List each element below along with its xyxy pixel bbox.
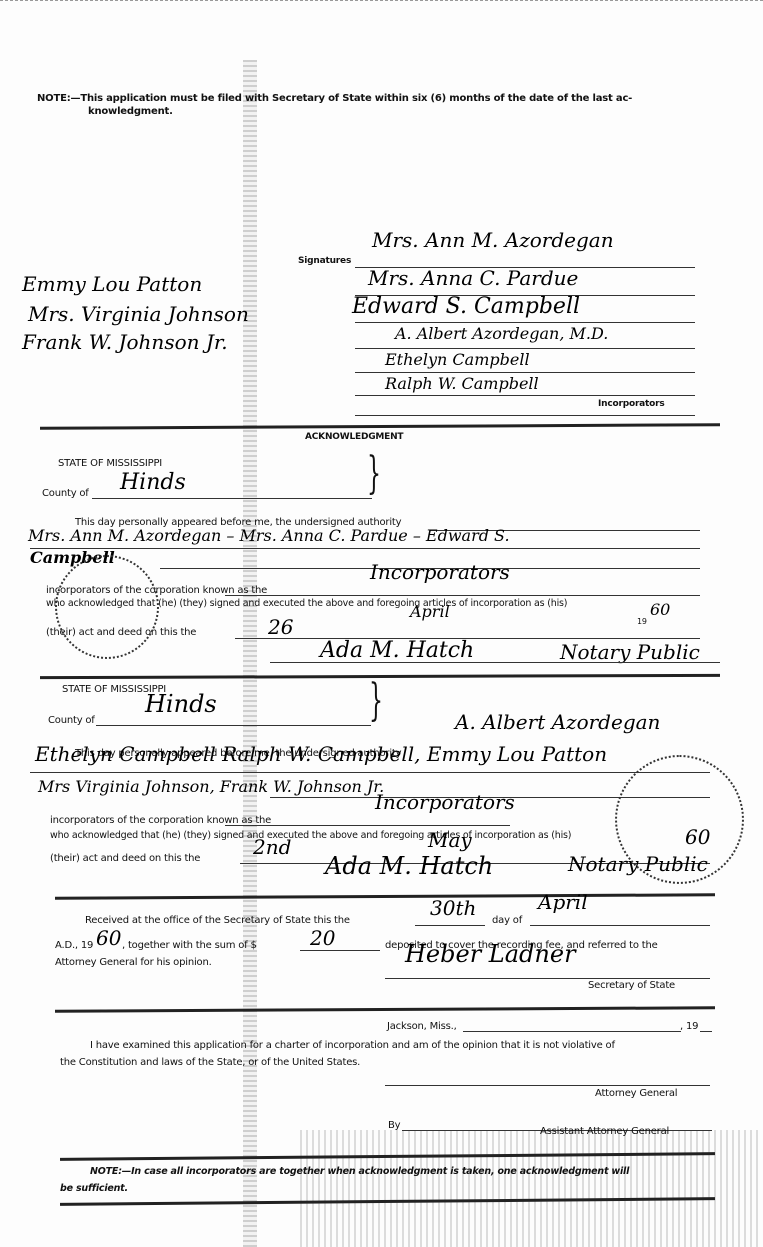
received-year-value: 60: [96, 926, 121, 950]
signature-left-2: Mrs. Virginia Johnson: [28, 302, 249, 326]
ack2-extra-name: A. Albert Azordegan: [455, 710, 660, 734]
signature-3: Edward S. Campbell: [352, 294, 580, 319]
signature-6: Ralph W. Campbell: [385, 374, 539, 393]
header-note-line1: NOTE:—This application must be filed wit…: [37, 93, 632, 104]
ack1-year-prefix: 19: [637, 617, 647, 626]
received-line3: Attorney General for his opinion.: [55, 957, 212, 968]
ack2-deed-text: (their) act and deed on this the: [50, 853, 200, 864]
ack1-state: STATE OF MISSISSIPPI: [58, 458, 162, 469]
signature-left-1: Emmy Lou Patton: [22, 272, 202, 296]
ack1-notary-signature: Ada M. Hatch: [320, 638, 474, 663]
ag-opinion-line2: the Constitution and laws of the State, …: [60, 1057, 360, 1068]
received-month-value: April: [538, 890, 588, 914]
notary-seal: [615, 755, 744, 884]
ag-label: Attorney General: [595, 1088, 677, 1099]
secretary-label: Secretary of State: [588, 980, 675, 991]
signature-5: Ethelyn Campbell: [385, 350, 530, 369]
received-day-value: 30th: [430, 896, 476, 920]
jackson-place: Jackson, Miss.,: [387, 1021, 457, 1032]
ack1-month-value: April: [410, 602, 450, 621]
ack2-names-line2: Mrs Virginia Johnson, Frank W. Johnson J…: [38, 777, 384, 796]
signature-left-3: Frank W. Johnson Jr.: [22, 330, 228, 354]
ack1-corporation-value: Incorporators: [370, 560, 510, 584]
received-ad: A.D., 19: [55, 940, 93, 951]
acknowledgment-title: ACKNOWLEDGMENT: [305, 432, 403, 442]
scan-artifact: [300, 1130, 760, 1247]
ack2-day-value: 2nd: [253, 835, 291, 859]
received-day-of: day of: [492, 915, 522, 926]
ack2-county-value: Hinds: [145, 690, 217, 718]
notary-seal: [55, 555, 159, 659]
scan-artifact: [243, 60, 257, 1247]
footer-note-line1: NOTE:—In case all incorporators are toge…: [90, 1166, 629, 1177]
incorporators-label: Incorporators: [598, 399, 665, 409]
by-label: By: [388, 1120, 400, 1131]
footer-note-line2: be sufficient.: [60, 1183, 128, 1194]
signature-4: A. Albert Azordegan, M.D.: [395, 324, 608, 343]
received-line1: Received at the office of the Secretary …: [85, 915, 350, 926]
ack2-notary-signature: Ada M. Hatch: [325, 852, 493, 880]
signature-2: Mrs. Anna C. Pardue: [368, 266, 578, 290]
ack1-county-value: Hinds: [120, 470, 186, 495]
secretary-signature: Heber Ladner: [405, 940, 576, 968]
ack1-county-label: County of: [42, 488, 89, 499]
ack2-month-value: May: [428, 828, 472, 852]
ack2-acknowledged-text: who acknowledged that (he) (they) signed…: [50, 830, 571, 841]
signature-1: Mrs. Ann M. Azordegan: [372, 228, 614, 252]
received-sum-text: , together with the sum of $: [122, 940, 257, 951]
ack1-names-line1: Mrs. Ann M. Azordegan – Mrs. Anna C. Par…: [28, 526, 510, 545]
ack2-county-label: County of: [48, 715, 95, 726]
ack2-names-line1: Ethelyn Campbell Ralph W. Campbell, Emmy…: [35, 742, 607, 766]
ack1-notary-title: Notary Public: [560, 640, 700, 664]
ag-year-prefix: , 19: [680, 1021, 698, 1032]
ack1-year-value: 60: [650, 600, 670, 619]
received-sum-value: 20: [310, 926, 335, 950]
ack1-day-value: 26: [268, 615, 293, 639]
ag-opinion-line1: I have examined this application for a c…: [90, 1040, 615, 1051]
ack2-corporation-value: Incorporators: [375, 790, 515, 814]
page-top-edge: [0, 0, 763, 1]
header-note-line2: knowledgment.: [88, 106, 173, 117]
signatures-label: Signatures: [298, 256, 351, 266]
aag-label: Assistant Attorney General: [540, 1126, 669, 1137]
